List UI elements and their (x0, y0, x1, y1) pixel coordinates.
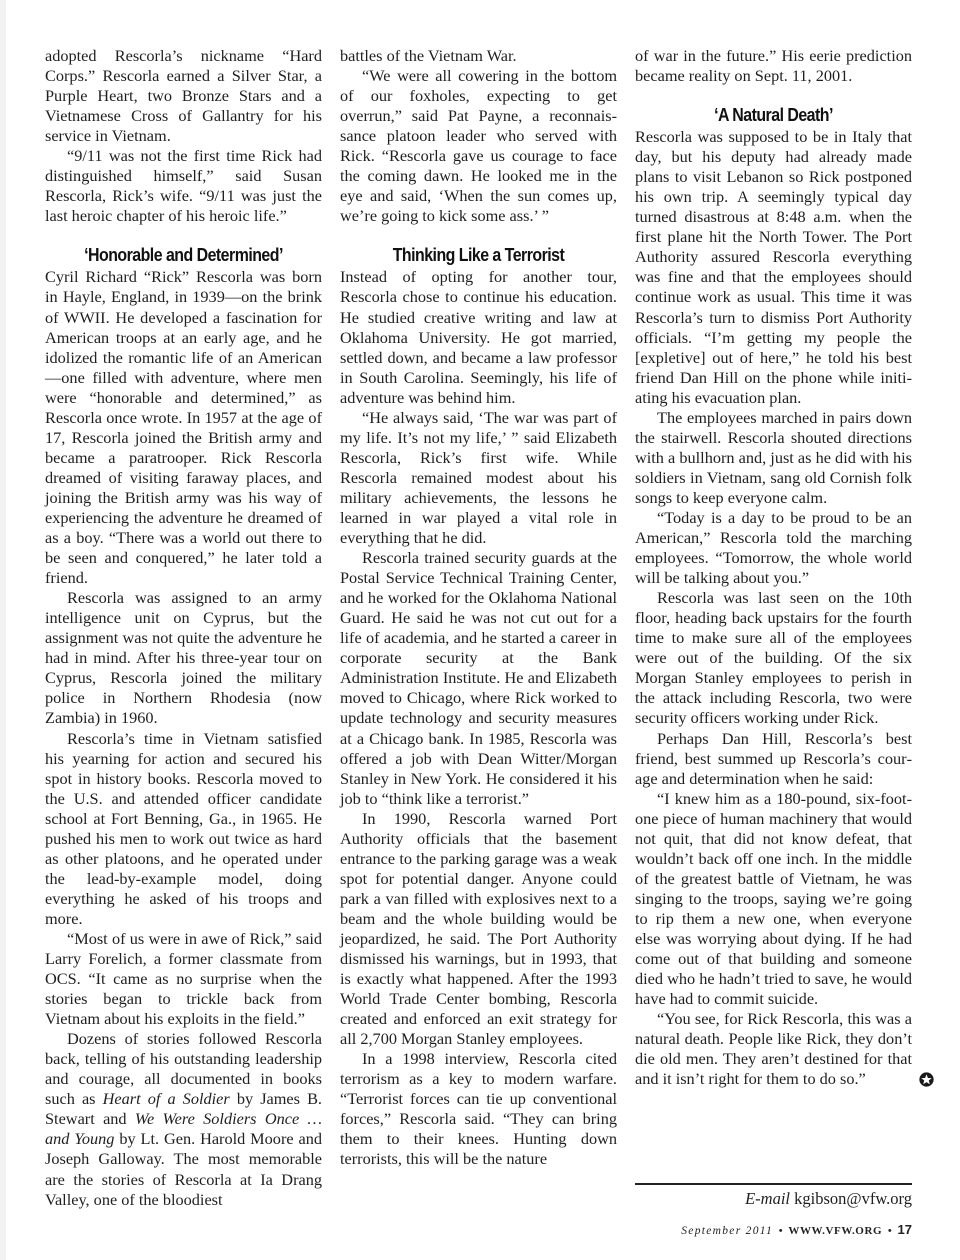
article-paragraph: “He always said, ‘The war was part of my… (340, 408, 617, 548)
paragraph-text: “I knew him as a 180-pound, six-foot-one… (635, 789, 912, 1008)
article-paragraph: The employees marched in pairs down the … (635, 408, 912, 508)
paragraph-text: Rescorla was last seen on the 10th floor… (635, 588, 912, 727)
book-title: Heart of a Soldier (103, 1089, 230, 1108)
article-column-1: adopted Rescorla’s nickname “Hard Corps.… (45, 46, 322, 1210)
article-paragraph: Rescorla was assigned to an army intelli… (45, 588, 322, 728)
paragraph-text: of war in the future.” His eerie predic­… (635, 46, 912, 85)
section-heading: ‘Honorable and Determined’ (64, 245, 302, 265)
paragraph-text: adopted Rescorla’s nickname “Hard Corps.… (45, 46, 322, 145)
paragraph-text: In a 1998 interview, Rescorla cited terr… (340, 1049, 617, 1168)
paragraph-text: “He always said, ‘The war was part of my… (340, 408, 617, 547)
footer-separator: • (888, 1225, 892, 1237)
page-footer: September 2011 • WWW.VFW.ORG • 17 (560, 1222, 912, 1239)
article-paragraph: “9/11 was not the first time Rick had di… (45, 146, 322, 226)
article-paragraph: Perhaps Dan Hill, Rescorla’s best friend… (635, 729, 912, 789)
paragraph-text: Cyril Richard “Rick” Rescorla was born i… (45, 267, 322, 587)
article-paragraph: Cyril Richard “Rick” Rescorla was born i… (45, 267, 322, 588)
end-rule-divider (635, 1183, 912, 1185)
paragraph-text: Rescorla’s time in Vietnam satisfied his… (45, 729, 322, 928)
paragraph-text: battles of the Vietnam War. (340, 46, 517, 65)
paragraph-text: Instead of opting for another tour, Resc… (340, 267, 617, 406)
page-number: 17 (898, 1222, 912, 1237)
paragraph-text: “Most of us were in awe of Rick,” said L… (45, 929, 322, 1028)
article-paragraph: “You see, for Rick Rescorla, this was a … (635, 1009, 912, 1089)
article-paragraph: Instead of opting for another tour, Resc… (340, 267, 617, 407)
end-of-story-star-icon (897, 1072, 912, 1087)
article-paragraph: of war in the future.” His eerie predic­… (635, 46, 912, 86)
paragraph-text: The employees marched in pairs down the … (635, 408, 912, 507)
article-paragraph: Rescorla was last seen on the 10th floor… (635, 588, 912, 728)
article-paragraph: “Most of us were in awe of Rick,” said L… (45, 929, 322, 1029)
article-paragraph: “We were all cowering in the bot­tom of … (340, 66, 617, 226)
article-paragraph: “Today is a day to be proud to be an Ame… (635, 508, 912, 588)
article-column-2: battles of the Vietnam War.“We were all … (340, 46, 617, 1170)
author-contact: E-mail kgibson@vfw.org (635, 1188, 912, 1210)
article-paragraph: adopted Rescorla’s nickname “Hard Corps.… (45, 46, 322, 146)
paragraph-text: “9/11 was not the first time Rick had di… (45, 146, 322, 225)
page-edge-strip (0, 0, 6, 1260)
article-paragraph: Rescorla’s time in Vietnam satisfied his… (45, 729, 322, 929)
footer-separator: • (779, 1225, 783, 1237)
article-paragraph: Rescorla trained security guards at the … (340, 548, 617, 809)
article-paragraph: In 1990, Rescorla warned Port Authority … (340, 809, 617, 1050)
paragraph-text: “Today is a day to be proud to be an Ame… (635, 508, 912, 587)
article-paragraph: In a 1998 interview, Rescorla cited terr… (340, 1049, 617, 1169)
article-paragraph: “I knew him as a 180-pound, six-foot-one… (635, 789, 912, 1010)
email-label: E-mail (745, 1189, 790, 1208)
article-paragraph: Rescorla was supposed to be in Italy tha… (635, 127, 912, 408)
paragraph-text: Perhaps Dan Hill, Rescorla’s best friend… (635, 729, 912, 788)
paragraph-text: Rescorla trained security guards at the … (340, 548, 617, 808)
article-paragraph: Dozens of stories followed Rescorla back… (45, 1029, 322, 1209)
paragraph-text: In 1990, Rescorla warned Port Authority … (340, 809, 617, 1049)
website-link[interactable]: WWW.VFW.ORG (788, 1225, 882, 1237)
article-column-3: of war in the future.” His eerie predic­… (635, 46, 912, 1089)
paragraph-text: “We were all cowering in the bot­tom of … (340, 66, 617, 225)
section-heading: ‘A Natural Death’ (654, 105, 892, 125)
paragraph-text: Rescorla was supposed to be in Italy tha… (635, 127, 912, 407)
paragraph-text: Rescorla was assigned to an army intelli… (45, 588, 322, 727)
issue-date: September 2011 (681, 1225, 773, 1237)
paragraph-text: “You see, for Rick Rescorla, this was a … (635, 1009, 912, 1088)
article-paragraph: battles of the Vietnam War. (340, 46, 617, 66)
section-heading: Thinking Like a Terrorist (359, 245, 597, 265)
email-address-link[interactable]: kgibson@vfw.org (794, 1189, 912, 1208)
